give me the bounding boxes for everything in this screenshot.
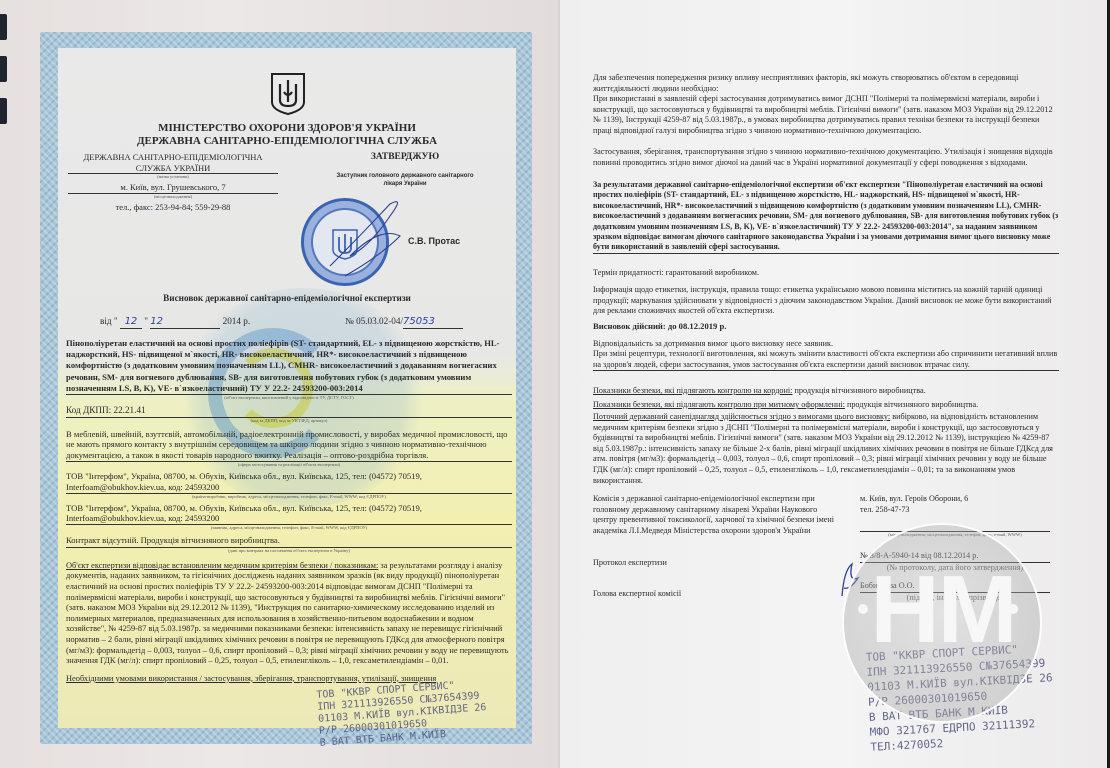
caption: (сфера застосування та реалізації об'єкт…	[66, 462, 512, 468]
issuer-block: ДЕРЖАВНА САНІТАРНО-ЕПІДЕМІОЛОГІЧНА СЛУЖБ…	[68, 152, 278, 212]
supervision: Поточний державний санепіднагляд здійсню…	[593, 412, 1059, 486]
signer-name: С.В. Протас	[408, 236, 460, 248]
border-label: Показники безпеки, які підлягають контро…	[593, 386, 792, 395]
product-code: Код ДКПП: 22.21.41	[66, 405, 512, 418]
date-year: 2014	[223, 316, 241, 326]
ministry-name: МІНІСТЕРСТВО ОХОРОНИ ЗДОРОВ'Я УКРАЇНИ	[58, 122, 516, 135]
date-prefix: від	[100, 316, 112, 326]
customs-value: продукція вітчизняного виробництва.	[845, 400, 978, 409]
protocol-label: Протокол експертизи	[593, 558, 793, 569]
watermark-logo-text: НМ	[850, 560, 1036, 660]
ministry-header: МІНІСТЕРСТВО ОХОРОНИ ЗДОРОВ'Я УКРАЇНИ ДЕ…	[58, 122, 516, 148]
number-prefix: № 05.03.02-04/	[345, 316, 403, 326]
commission-address: м. Київ, вул. Героїв Оборони, 6	[860, 494, 1050, 505]
binder-hole	[0, 56, 7, 82]
requirements-usage: При використанні в заявленій сфері засто…	[593, 94, 1059, 136]
commission-name: Комісія з державної санітарно-епідеміоло…	[593, 494, 843, 536]
manufacturer: ТОВ "Інтерфом", Україна, 08700, м. Обухі…	[66, 471, 512, 494]
issuer-name-line2: СЛУЖБА УКРАЇНИ	[68, 163, 278, 175]
service-name: ДЕРЖАВНА САНІТАРНО-ЕПІДЕМІОЛОГІЧНА СЛУЖБ…	[58, 135, 516, 148]
valid-until: Висновок дійсний: до 08.12.2019 р.	[593, 321, 1059, 332]
border-control: Показники безпеки, які підлягають контро…	[593, 386, 1059, 397]
caption: (назва установи)	[68, 174, 278, 180]
customs-label: Показники безпеки, які підлягають контро…	[593, 400, 845, 409]
company-stamp-left: ТОВ "ККВР СПОРТ СЕРВИС" ІПН 321113926550…	[316, 678, 488, 750]
approval-block: ЗАТВЕРДЖУЮ Заступник головного державног…	[330, 152, 480, 188]
issuer-address: м. Київ, вул. Грушевського, 7	[68, 182, 278, 194]
binder-hole	[0, 98, 7, 124]
approver-position: Заступник головного державного санітарно…	[330, 172, 480, 188]
compliance-lead: Об'єкт експертизи відповідає встановлени…	[66, 561, 378, 570]
issuer-name-line1: ДЕРЖАВНА САНІТАРНО-ЕПІДЕМІОЛОГІЧНА	[68, 152, 278, 163]
date-month: 12	[150, 316, 220, 329]
labeling-info: Інформація щодо етикетки, інструкція, пр…	[593, 285, 1059, 317]
customs-control: Показники безпеки, які підлягають контро…	[593, 400, 1059, 411]
binder-hole	[0, 14, 7, 40]
object-description: Пінополіуретан еластичний на основі прос…	[66, 338, 512, 395]
applicant: ТОВ "Інтерфом", Україна, 08700, м. Обухі…	[66, 503, 512, 526]
application-scope: В меблевій, швейній, взуттєвій, автомобі…	[66, 429, 512, 462]
caption: (місцезнаходження)	[68, 194, 278, 200]
supervision-label: Поточний державний санепіднагляд здійсню…	[593, 412, 890, 421]
caption: (дані про контракт на постачання об'єкта…	[66, 548, 512, 554]
issue-date: від " 12 " 12 2014 р.	[100, 316, 270, 329]
commission-phone: тел. 258-47-73	[860, 505, 1050, 516]
number-value: 75053	[403, 316, 463, 329]
responsibility: Відповідальність за дотримання вимог цьо…	[593, 339, 1059, 350]
expertise-object: Пінополіуретан еластичний на основі прос…	[66, 338, 512, 684]
requirements-intro: Для забезпечення попередження ризику впл…	[593, 73, 1059, 94]
supervision-value: вибірково, на відповідність встановленим…	[593, 412, 1053, 485]
caption: (код за ДКПП, код за УКТЗЕД, артикул)	[66, 418, 512, 424]
caption: (об'єкт експертизи, виготовлений у відпо…	[66, 395, 512, 401]
signature	[320, 196, 410, 286]
caption: (заявник, адреса, місцезнаходження, теле…	[66, 525, 512, 531]
issuer-phone: тел., факс: 253-94-84; 559-29-88	[68, 202, 278, 213]
conclusion-number: № 05.03.02-04/75053	[345, 316, 515, 329]
date-suffix: р.	[243, 316, 250, 326]
shelf-life: Термін придатності: гарантований виробни…	[593, 268, 1059, 279]
document-title: Висновок державної санітарно-епідеміолог…	[58, 293, 516, 305]
expertise-result: За результатами державної санітарно-епід…	[593, 180, 1059, 254]
chair-label: Голова експертної комісії	[593, 589, 793, 600]
coat-of-arms-icon	[270, 72, 306, 116]
date-day: 12	[120, 316, 142, 329]
border-value: продукція вітчизняного виробництва.	[792, 386, 925, 395]
requirements-disposal: Застосування, зберігання, транспортуванн…	[593, 147, 1059, 168]
compliance-body: за результатами розгляду і аналізу докум…	[66, 561, 509, 665]
compliance-statement: Об'єкт експертизи відповідає встановлени…	[66, 561, 512, 667]
approval-title: ЗАТВЕРДЖУЮ	[330, 152, 480, 164]
change-clause: При зміні рецептури, технології виготовл…	[593, 349, 1059, 371]
contract-info: Контракт відсутній. Продукція вітчизняно…	[66, 535, 512, 548]
caption: (країна-виробник, виробник, адреса, місц…	[66, 494, 512, 500]
